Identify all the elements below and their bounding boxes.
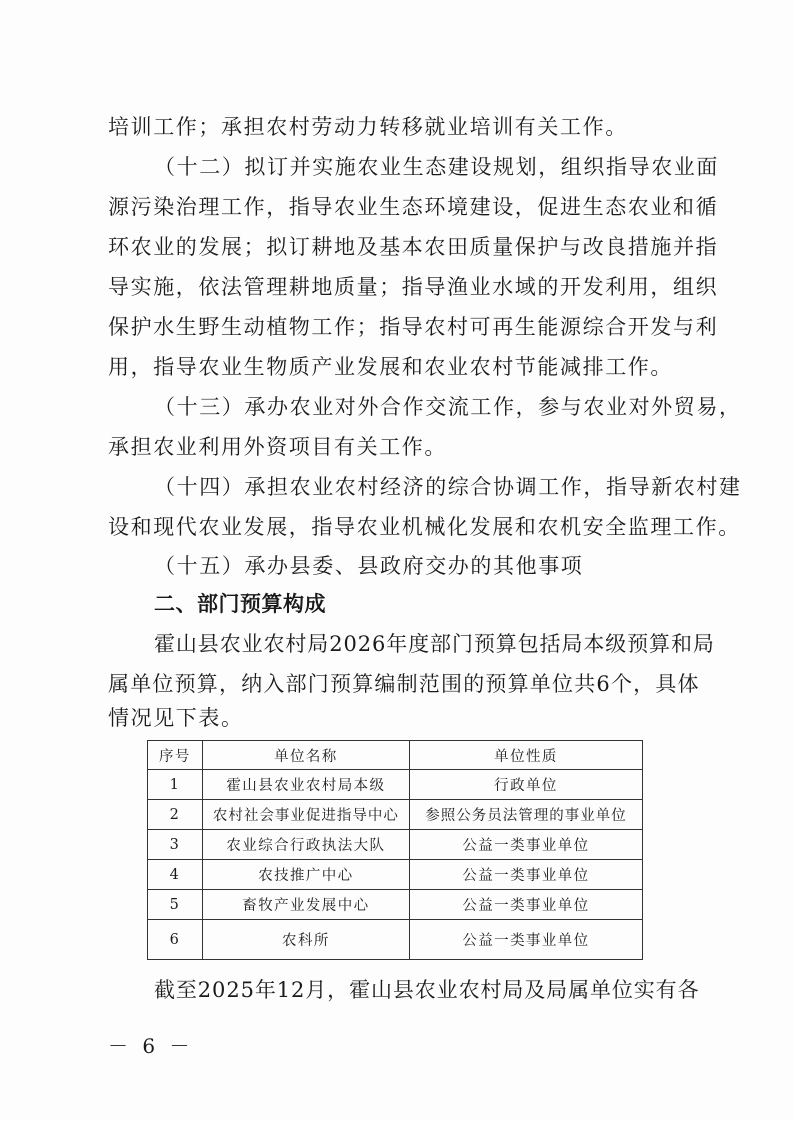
cell-index: 3 (148, 830, 203, 860)
cell-unit-name: 霍山县农业农村局本级 (202, 770, 409, 800)
table-row: 2 农村社会事业促进指导中心 参照公务员法管理的事业单位 (148, 800, 643, 830)
cell-unit-name: 畜牧产业发展中心 (202, 890, 409, 920)
table-header-row: 序号 单位名称 单位性质 (148, 741, 643, 770)
table-row: 3 农业综合行政执法大队 公益一类事业单位 (148, 830, 643, 860)
paragraph-line: （十三）承办农业对外合作交流工作，参与农业对外贸易， (154, 393, 734, 421)
paragraph-line: （十二）拟订并实施农业生态建设规划，组织指导农业面 (154, 153, 734, 181)
cell-index: 4 (148, 860, 203, 890)
cell-unit-name: 农科所 (202, 920, 409, 960)
paragraph-line: 承担农业利用外资项目有关工作。 (108, 433, 688, 461)
cell-unit-type: 行政单位 (409, 770, 642, 800)
table-row: 4 农技推广中心 公益一类事业单位 (148, 860, 643, 890)
section-heading: 二、部门预算构成 (154, 590, 734, 618)
cell-index: 5 (148, 890, 203, 920)
paragraph-line: 霍山县农业农村局2026年度部门预算包括局本级预算和局 (154, 630, 734, 658)
header-index: 序号 (148, 741, 203, 770)
paragraph-line: 截至2025年12月，霍山县农业农村局及局属单位实有各 (154, 976, 734, 1004)
paragraph-line: 培训工作；承担农村劳动力转移就业培训有关工作。 (108, 113, 688, 141)
page-number: － 6 － (108, 1030, 193, 1059)
table-row: 6 农科所 公益一类事业单位 (148, 920, 643, 960)
paragraph-line: 设和现代农业发展，指导农业机械化发展和农机安全监理工作。 (108, 513, 688, 541)
paragraph-line: 情况见下表。 (108, 704, 688, 732)
cell-unit-name: 农业综合行政执法大队 (202, 830, 409, 860)
table-row: 1 霍山县农业农村局本级 行政单位 (148, 770, 643, 800)
header-unit-name: 单位名称 (202, 741, 409, 770)
paragraph-line: 保护水生野生动植物工作；指导农村可再生能源综合开发与利 (108, 313, 688, 341)
table-row: 5 畜牧产业发展中心 公益一类事业单位 (148, 890, 643, 920)
cell-unit-type: 参照公务员法管理的事业单位 (409, 800, 642, 830)
cell-index: 6 (148, 920, 203, 960)
header-unit-type: 单位性质 (409, 741, 642, 770)
cell-unit-name: 农村社会事业促进指导中心 (202, 800, 409, 830)
paragraph-line: （十四）承担农业农村经济的综合协调工作，指导新农村建 (154, 473, 734, 501)
paragraph-line: 属单位预算，纳入部门预算编制范围的预算单位共6个，具体 (108, 670, 688, 698)
document-page: 培训工作；承担农村劳动力转移就业培训有关工作。 （十二）拟订并实施农业生态建设规… (0, 0, 793, 1121)
cell-unit-type: 公益一类事业单位 (409, 860, 642, 890)
paragraph-line: 用，指导农业生物质产业发展和农业农村节能减排工作。 (108, 353, 688, 381)
cell-unit-name: 农技推广中心 (202, 860, 409, 890)
cell-unit-type: 公益一类事业单位 (409, 890, 642, 920)
cell-index: 2 (148, 800, 203, 830)
cell-index: 1 (148, 770, 203, 800)
paragraph-line: 导实施，依法管理耕地质量；指导渔业水域的开发利用，组织 (108, 273, 688, 301)
paragraph-line: 环农业的发展；拟订耕地及基本农田质量保护与改良措施并指 (108, 233, 688, 261)
cell-unit-type: 公益一类事业单位 (409, 920, 642, 960)
paragraph-line: 源污染治理工作，指导农业生态环境建设，促进生态农业和循 (108, 193, 688, 221)
paragraph-line: （十五）承办县委、县政府交办的其他事项 (154, 552, 734, 580)
cell-unit-type: 公益一类事业单位 (409, 830, 642, 860)
budget-units-table: 序号 单位名称 单位性质 1 霍山县农业农村局本级 行政单位 2 农村社会事业促… (147, 740, 643, 960)
